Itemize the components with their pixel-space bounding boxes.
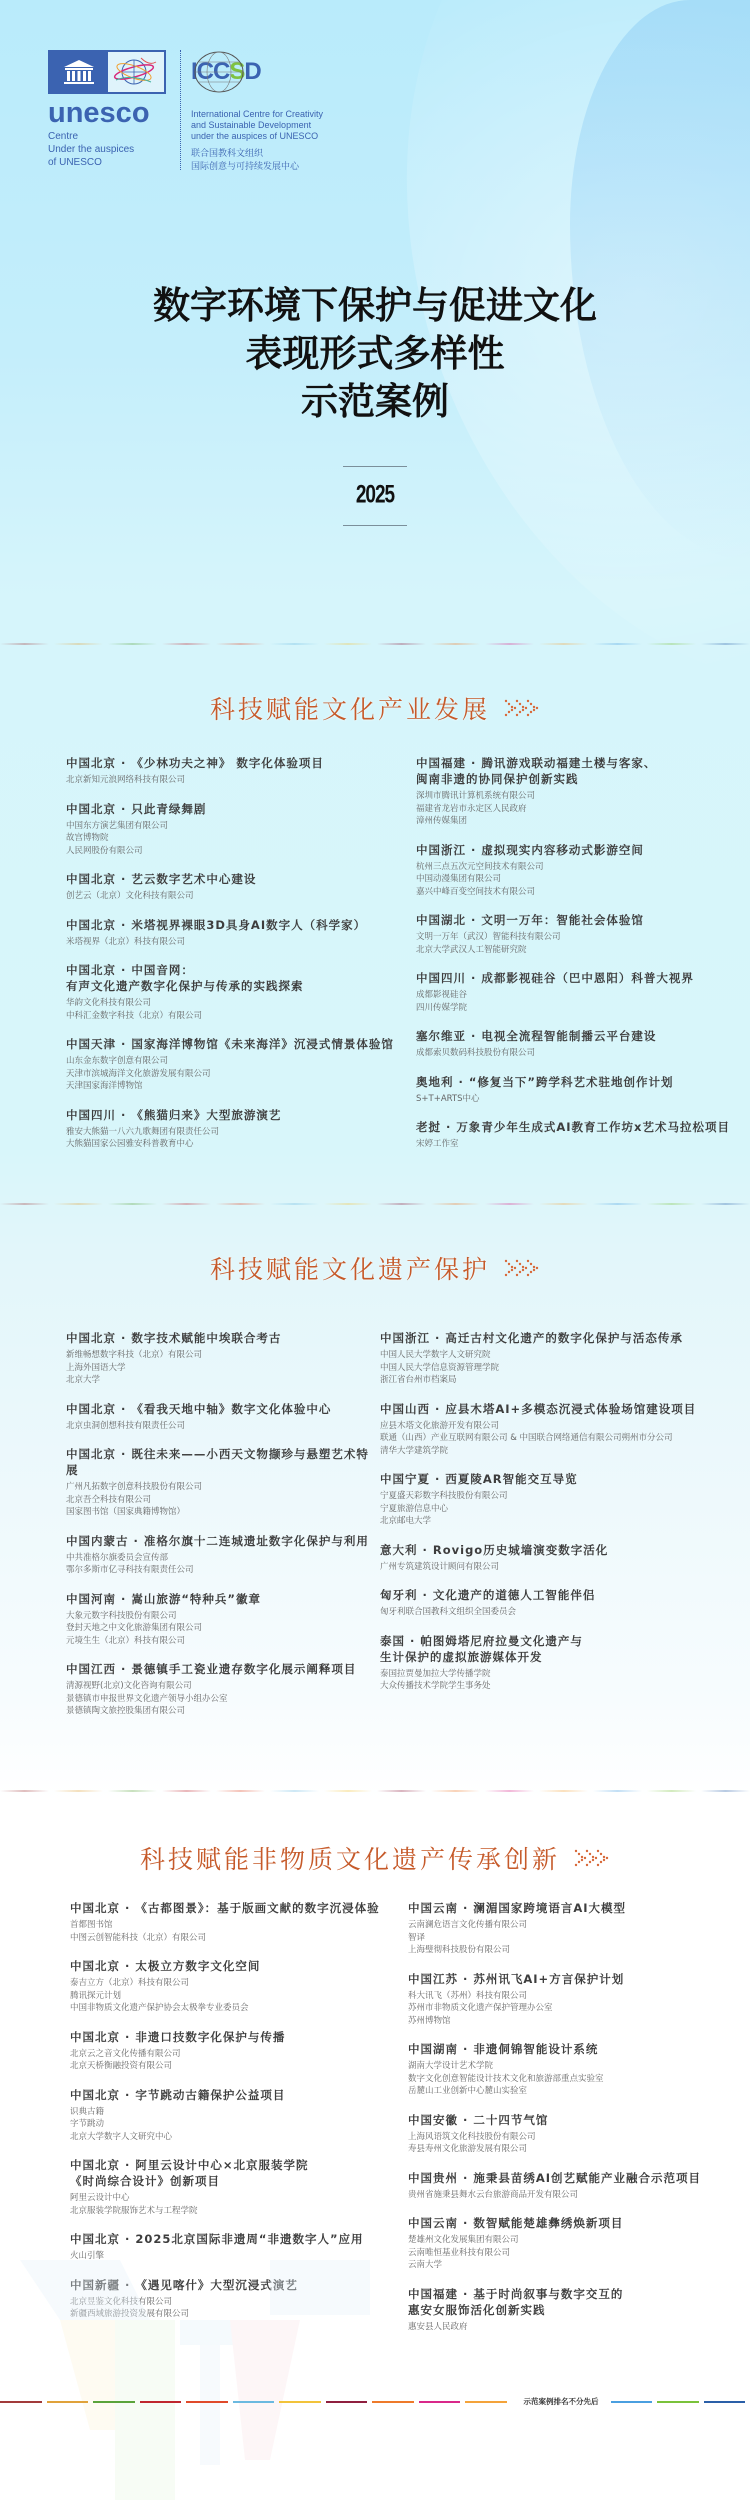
case-organizations: 广州凡拓数字创意科技股份有限公司北京吾仝科技有限公司国家图书馆（国家典籍博物馆） — [66, 1481, 376, 1519]
case-title: 中国安徽 · 二十四节气馆 — [408, 2112, 748, 2128]
title-line: 示范案例 — [0, 378, 750, 426]
dash-segment — [701, 1203, 750, 1205]
color-dash-divider — [0, 1790, 750, 1793]
case-organization: 山东金东数字创意有限公司 — [66, 1055, 396, 1068]
dash-segment — [701, 643, 750, 645]
case-organization: 大象元数字科技股份有限公司 — [66, 1610, 376, 1623]
dash-segment — [216, 1203, 265, 1205]
case-column-left: 中国北京 · 《古都图景》：基于版画文献的数字沉浸体验首都图书馆中图云创智能科技… — [70, 1900, 400, 2335]
dash-segment — [593, 643, 642, 645]
case-organization: 杭州三点五次元空间技术有限公司 — [416, 861, 746, 874]
case-organization: 湖南大学设计艺术学院 — [408, 2060, 748, 2073]
dash-segment — [419, 2401, 461, 2403]
case-organizations: 成都索贝数码科技股份有限公司 — [416, 1047, 746, 1060]
case-title: 中国福建 · 腾讯游戏联动福建土楼与客家、 — [416, 755, 746, 771]
case-organization: 北京大学武汉人工智能研究院 — [416, 944, 746, 957]
case-organization: 创艺云（北京）文化科技有限公司 — [66, 890, 396, 903]
iccsd-english-line: International Centre for Creativity — [191, 109, 341, 120]
case-organizations: 上海风语筑文化科技股份有限公司寿县寿州文化旅游发展有限公司 — [408, 2131, 748, 2156]
case-organizations: 匈牙利联合国教科文组织全国委员会 — [380, 1606, 750, 1619]
case-title: 塞尔维亚 · 电视全流程智能制播云平台建设 — [416, 1028, 746, 1044]
case-organization: 清源视野(北京)文化咨询有限公司 — [66, 1680, 376, 1693]
case-organization: 景德镇市申报世界文化遗产领导小组办公室 — [66, 1693, 376, 1706]
case-item: 中国安徽 · 二十四节气馆上海风语筑文化科技股份有限公司寿县寿州文化旅游发展有限… — [408, 2112, 748, 2156]
case-organization: 四川传媒学院 — [416, 1002, 746, 1015]
year-block: 2025 — [0, 466, 750, 526]
case-title: 中国北京 · 中国音网： — [66, 962, 396, 978]
case-item: 中国浙江 · 高迁古村文化遗产的数字化保护与活态传承中国人民大学数字人文研究院中… — [380, 1330, 750, 1387]
case-organization: S+T+ARTS中心 — [416, 1093, 746, 1106]
case-organization: 宁夏旅游信息中心 — [380, 1503, 750, 1516]
case-organization: 北京邮电大学 — [380, 1515, 750, 1528]
unesco-wordmark: unesco — [48, 98, 172, 128]
case-organization: 中科汇金数字科技（北京）有限公司 — [66, 1010, 396, 1023]
case-organization: 广州专筑建筑设计顾问有限公司 — [380, 1561, 750, 1574]
case-item: 中国天津 · 国家海洋博物馆《未来海洋》沉浸式情景体验馆山东金东数字创意有限公司… — [66, 1036, 396, 1093]
case-organization: 智译 — [408, 1932, 748, 1945]
case-organizations: 雅安大熊猫一八六九歌舞团有限责任公司大熊猫国家公园雅安科普教育中心 — [66, 1126, 396, 1151]
case-organization: 匈牙利联合国教科文组织全国委员会 — [380, 1606, 750, 1619]
case-item: 中国湖南 · 非遗侗锦智能设计系统湖南大学设计艺术学院数字文化创意智能设计技术文… — [408, 2041, 748, 2098]
case-organization: 天津市滨城海洋文化旅游发展有限公司 — [66, 1068, 396, 1081]
case-organization: 北京云之音文化传播有限公司 — [70, 2048, 400, 2061]
case-organizations: 云南澜危语言文化传播有限公司智译上海璧彻科技股份有限公司 — [408, 1919, 748, 1957]
case-organization: 文明一万年（武汉）智能科技有限公司 — [416, 931, 746, 944]
case-item: 意大利 · Rovigo历史城墙演变数字活化广州专筑建筑设计顾问有限公司 — [380, 1542, 750, 1574]
dash-segment — [0, 1203, 49, 1205]
case-item: 中国贵州 · 施秉县苗绣AI创艺赋能产业融合示范项目贵州省施秉县舞水云台旅游商品… — [408, 2170, 748, 2202]
unesco-subtitle-line: of UNESCO — [48, 156, 172, 169]
case-title: 中国北京 · 数字技术赋能中埃联合考古 — [66, 1330, 376, 1346]
logo-divider — [180, 50, 181, 170]
case-title: 中国云南 · 数智赋能楚雄彝绣焕新项目 — [408, 2215, 748, 2231]
dash-segment — [647, 1203, 696, 1205]
case-organization: 数字文化创意智能设计技术文化和旅游部重点实验室 — [408, 2073, 748, 2086]
case-item: 中国新疆 · 《遇见喀什》大型沉浸式演艺北京昱鉴文化科技有限公司新疆西域旅游投资… — [70, 2277, 400, 2321]
case-column-left: 中国北京 · 《少林功夫之神》 数字化体验项目北京新知元浪网络科技有限公司中国北… — [66, 755, 396, 1165]
case-organizations: 火山引擎 — [70, 2250, 400, 2263]
dash-segment — [108, 1203, 157, 1205]
case-organization: 北京虫洞创想科技有限责任公司 — [66, 1420, 376, 1433]
dash-segment — [485, 1790, 534, 1792]
dash-segment — [270, 1203, 319, 1205]
section-header: 科技赋能文化遗产保护 — [0, 1250, 750, 1286]
case-organization: 中国人民大学信息资源管理学院 — [380, 1362, 750, 1375]
unesco-emblem — [48, 50, 166, 94]
case-title: 中国山西 · 应县木塔AI+多模态沉浸式体验场馆建设项目 — [380, 1401, 750, 1417]
case-organization: 腾讯探元计划 — [70, 1990, 400, 2003]
dash-segment — [0, 1790, 49, 1792]
case-organization: 中国动漫集团有限公司 — [416, 873, 746, 886]
dash-segment — [539, 643, 588, 645]
dash-segment — [108, 1790, 157, 1792]
case-item: 中国北京 · 非遗口技数字化保护与传播北京云之音文化传播有限公司北京天桥衡融投资… — [70, 2029, 400, 2073]
dash-segment — [216, 1790, 265, 1792]
case-title: 中国北京 · 《看我天地中轴》数字文化体验中心 — [66, 1401, 376, 1417]
case-organization: 云南澜危语言文化传播有限公司 — [408, 1919, 748, 1932]
footer-band: 示范案例排名不分先后 — [0, 2396, 750, 2407]
dash-segment — [324, 643, 373, 645]
case-organization: 中图云创智能科技（北京）有限公司 — [70, 1932, 400, 1945]
case-title: 中国北京 · 阿里云设计中心×北京服装学院 — [70, 2157, 400, 2173]
iccsd-english-line: under the auspices of UNESCO — [191, 131, 341, 142]
dash-segment — [539, 1790, 588, 1792]
section-title: 科技赋能文化产业发展 — [210, 690, 490, 726]
case-item: 中国北京 · 2025北京国际非遗周“非遗数字人”应用火山引擎 — [70, 2231, 400, 2263]
case-organization: 阿里云设计中心 — [70, 2192, 400, 2205]
dash-segment — [326, 2401, 368, 2403]
case-title: 中国宁夏 · 西夏陵AR智能交互导览 — [380, 1471, 750, 1487]
case-title: 中国河南 · 嵩山旅游“特种兵”徽章 — [66, 1591, 376, 1607]
case-title: 泰国 · 帕图姆塔尼府拉曼文化遗产与 — [380, 1633, 750, 1649]
dash-segment — [0, 643, 49, 645]
case-title: 中国北京 · 字节跳动古籍保护公益项目 — [70, 2087, 400, 2103]
case-item: 中国北京 · 中国音网：有声文化遗产数字化保护与传承的实践探索华韵文化科技有限公… — [66, 962, 396, 1022]
case-organizations: 楚雄州文化发展集团有限公司云南唯恒基业科技有限公司云南大学 — [408, 2234, 748, 2272]
dash-segment — [593, 1790, 642, 1792]
case-item: 中国浙江 · 虚拟现实内容移动式影游空间杭州三点五次元空间技术有限公司中国动漫集… — [416, 842, 746, 899]
case-item: 中国河南 · 嵩山旅游“特种兵”徽章大象元数字科技股份有限公司登封天地之中文化旅… — [66, 1591, 376, 1648]
title-line: 数字环境下保护与促进文化 — [0, 282, 750, 330]
dash-segment — [377, 1790, 426, 1792]
case-organizations: 华韵文化科技有限公司中科汇金数字科技（北京）有限公司 — [66, 997, 396, 1022]
case-organizations: 山东金东数字创意有限公司天津市滨城海洋文化旅游发展有限公司天津国家海洋博物馆 — [66, 1055, 396, 1093]
dash-segment — [647, 1790, 696, 1792]
dash-segment — [431, 1790, 480, 1792]
case-organization: 上海风语筑文化科技股份有限公司 — [408, 2131, 748, 2144]
case-organization: 苏州博物馆 — [408, 2015, 748, 2028]
case-item: 中国福建 · 基于时尚叙事与数字交互的惠安女服饰活化创新实践惠安县人民政府 — [408, 2286, 748, 2334]
dash-segment — [47, 2401, 89, 2403]
case-title: 中国贵州 · 施秉县苗绣AI创艺赋能产业融合示范项目 — [408, 2170, 748, 2186]
case-title: 中国四川 · 《熊猫归来》大型旅游演艺 — [66, 1107, 396, 1123]
dash-segment — [162, 1203, 211, 1205]
case-column-left: 中国北京 · 数字技术赋能中埃联合考古新维畅想数字科技（北京）有限公司上海外国语… — [66, 1330, 376, 1732]
case-item: 中国江苏 · 苏州讯飞AI+方言保护计划科大讯飞（苏州）科技有限公司苏州市非物质… — [408, 1971, 748, 2028]
case-title: 中国天津 · 国家海洋博物馆《未来海洋》沉浸式情景体验馆 — [66, 1036, 396, 1052]
case-title: 奥地利 · “修复当下”跨学科艺术驻地创作计划 — [416, 1074, 746, 1090]
dash-segment — [233, 2401, 275, 2403]
case-item: 中国福建 · 腾讯游戏联动福建土楼与客家、闽南非遗的协同保护创新实践深圳市腾讯计… — [416, 755, 746, 828]
case-organization: 岳麓山工业创新中心麓山实验室 — [408, 2085, 748, 2098]
case-item: 匈牙利 · 文化遗产的道德人工智能伴侣匈牙利联合国教科文组织全国委员会 — [380, 1587, 750, 1619]
case-organizations: 文明一万年（武汉）智能科技有限公司北京大学武汉人工智能研究院 — [416, 931, 746, 956]
case-item: 中国北京 · 艺云数字艺术中心建设创艺云（北京）文化科技有限公司 — [66, 871, 396, 903]
dash-segment — [377, 643, 426, 645]
case-organization: 景德镇陶文旅控股集团有限公司 — [66, 1705, 376, 1718]
case-item: 中国云南 · 澜湄国家跨境语言AI大模型云南澜危语言文化传播有限公司智译上海璧彻… — [408, 1900, 748, 1957]
dash-segment — [186, 2401, 228, 2403]
case-organization: 中国人民大学数字人文研究院 — [380, 1349, 750, 1362]
case-title: 中国北京 · 2025北京国际非遗周“非遗数字人”应用 — [70, 2231, 400, 2247]
chevron-right-icon — [574, 1849, 610, 1867]
year-label: 2025 — [356, 482, 394, 511]
case-organizations: 宋婷工作室 — [416, 1138, 746, 1151]
case-organizations: 深圳市腾讯计算机系统有限公司福建省龙岩市永定区人民政府漳州传媒集团 — [416, 790, 746, 828]
case-organization: 北京吾仝科技有限公司 — [66, 1494, 376, 1507]
case-organization: 故宫博物院 — [66, 832, 396, 845]
case-organization: 火山引擎 — [70, 2250, 400, 2263]
iccsd-english-name: International Centre for Creativity and … — [191, 109, 341, 142]
unesco-subtitle-line: Under the auspices — [48, 143, 172, 156]
case-organizations: 杭州三点五次元空间技术有限公司中国动漫集团有限公司嘉兴中峰百变空间技术有限公司 — [416, 861, 746, 899]
case-organizations: 大象元数字科技股份有限公司登封天地之中文化旅游集团有限公司元境生生（北京）科技有… — [66, 1610, 376, 1648]
case-title: 中国浙江 · 高迁古村文化遗产的数字化保护与活态传承 — [380, 1330, 750, 1346]
case-title: 中国云南 · 澜湄国家跨境语言AI大模型 — [408, 1900, 748, 1916]
case-organization: 北京天桥衡融投资有限公司 — [70, 2060, 400, 2073]
case-organization: 贵州省施秉县舞水云台旅游商品开发有限公司 — [408, 2189, 748, 2202]
case-organization: 北京新知元浪网络科技有限公司 — [66, 774, 396, 787]
case-title: 中国北京 · 《少林功夫之神》 数字化体验项目 — [66, 755, 396, 771]
case-item: 中国北京 · 阿里云设计中心×北京服装学院《时尚综合设计》创新项目阿里云设计中心… — [70, 2157, 400, 2217]
case-organization: 人民网股份有限公司 — [66, 845, 396, 858]
case-item: 中国北京 · 太极立方数字文化空间泰吉立方（北京）科技有限公司腾讯探元计划中国非… — [70, 1958, 400, 2015]
case-organizations: 科大讯飞（苏州）科技有限公司苏州市非物质文化遗产保护管理办公室苏州博物馆 — [408, 1990, 748, 2028]
dash-segment — [539, 1203, 588, 1205]
case-organizations: 北京虫洞创想科技有限责任公司 — [66, 1420, 376, 1433]
unesco-logo: unesco Centre Under the auspices of UNES… — [48, 50, 172, 169]
case-item: 中国北京 · 既往未来——小西天文物撷珍与悬塑艺术特展广州凡拓数字创意科技股份有… — [66, 1446, 376, 1519]
case-organization: 新维畅想数字科技（北京）有限公司 — [66, 1349, 376, 1362]
case-organizations: 北京昱鉴文化科技有限公司新疆西域旅游投资发展有限公司 — [70, 2296, 400, 2321]
case-organization: 新疆西域旅游投资发展有限公司 — [70, 2308, 400, 2321]
dash-segment — [108, 643, 157, 645]
case-title: 中国北京 · 米塔视界裸眼3D具身AI数字人（科学家） — [66, 917, 396, 933]
page-title: 数字环境下保护与促进文化 表现形式多样性 示范案例 — [0, 282, 750, 426]
case-organization: 上海外国语大学 — [66, 1362, 376, 1375]
case-title: 生计保护的虚拟旅游媒体开发 — [380, 1649, 750, 1665]
dash-segment — [485, 1203, 534, 1205]
chevron-right-icon — [504, 699, 540, 717]
case-title: 中国福建 · 基于时尚叙事与数字交互的 — [408, 2286, 748, 2302]
case-title: 惠安女服饰活化创新实践 — [408, 2302, 748, 2318]
case-organization: 国家图书馆（国家典籍博物馆） — [66, 1506, 376, 1519]
case-organizations: 识典古籍字节跳动北京大学数字人文研究中心 — [70, 2106, 400, 2144]
case-item: 中国内蒙古 · 准格尔旗十二连城遗址数字化保护与利用中共准格尔旗委员会宣传部鄂尔… — [66, 1533, 376, 1577]
case-organization: 北京大学数字人文研究中心 — [70, 2131, 400, 2144]
case-organization: 云南唯恒基业科技有限公司 — [408, 2247, 748, 2260]
case-organizations: 成都影视硅谷四川传媒学院 — [416, 989, 746, 1014]
case-organizations: S+T+ARTS中心 — [416, 1093, 746, 1106]
case-organization: 嘉兴中峰百变空间技术有限公司 — [416, 886, 746, 899]
case-title: 中国江苏 · 苏州讯飞AI+方言保护计划 — [408, 1971, 748, 1987]
dash-segment — [611, 2401, 653, 2403]
case-item: 泰国 · 帕图姆塔尼府拉曼文化遗产与生计保护的虚拟旅游媒体开发泰国拉贾曼加拉大学… — [380, 1633, 750, 1693]
unesco-subtitle-line: Centre — [48, 130, 172, 143]
case-title: 中国四川 · 成都影视硅谷（巴中恩阳）科普大视界 — [416, 970, 746, 986]
case-organizations: 阿里云设计中心北京服装学院服饰艺术与工程学院 — [70, 2192, 400, 2217]
case-organization: 中国非物质文化遗产保护协会太极拳专业委员会 — [70, 2002, 400, 2015]
case-organization: 楚雄州文化发展集团有限公司 — [408, 2234, 748, 2247]
dash-segment — [324, 1790, 373, 1792]
case-item: 中国北京 · 字节跳动古籍保护公益项目识典古籍字节跳动北京大学数字人文研究中心 — [70, 2087, 400, 2144]
dash-segment — [657, 2401, 699, 2403]
dash-segment — [701, 1790, 750, 1792]
case-title: 中国北京 · 太极立方数字文化空间 — [70, 1958, 400, 1974]
case-column-right: 中国福建 · 腾讯游戏联动福建土楼与客家、闽南非遗的协同保护创新实践深圳市腾讯计… — [416, 755, 746, 1165]
case-organizations: 北京云之音文化传播有限公司北京天桥衡融投资有限公司 — [70, 2048, 400, 2073]
case-organization: 北京大学 — [66, 1374, 376, 1387]
section-header: 科技赋能非物质文化遗产传承创新 — [0, 1840, 750, 1876]
case-organizations: 惠安县人民政府 — [408, 2321, 748, 2334]
case-organization: 应县木塔文化旅游开发有限公司 — [380, 1420, 750, 1433]
dash-segment — [465, 2401, 507, 2403]
case-organizations: 创艺云（北京）文化科技有限公司 — [66, 890, 396, 903]
temple-icon — [50, 52, 108, 92]
case-organizations: 米塔视界（北京）科技有限公司 — [66, 936, 396, 949]
case-organization: 寿县寿州文化旅游发展有限公司 — [408, 2143, 748, 2156]
case-organization: 清华大学建筑学院 — [380, 1445, 750, 1458]
case-item: 中国云南 · 数智赋能楚雄彝绣焕新项目楚雄州文化发展集团有限公司云南唯恒基业科技… — [408, 2215, 748, 2272]
dash-segment — [377, 1203, 426, 1205]
poster-page: unesco Centre Under the auspices of UNES… — [0, 0, 750, 2512]
case-organization: 泰吉立方（北京）科技有限公司 — [70, 1977, 400, 1990]
case-organizations: 中国人民大学数字人文研究院中国人民大学信息资源管理学院浙江省台州市档案局 — [380, 1349, 750, 1387]
case-organization: 苏州市非物质文化遗产保护管理办公室 — [408, 2002, 748, 2015]
color-dash-divider — [0, 1203, 750, 1206]
case-organization: 浙江省台州市档案局 — [380, 1374, 750, 1387]
case-organization: 字节跳动 — [70, 2118, 400, 2131]
globe-icon — [108, 52, 164, 92]
dash-segment — [0, 2401, 42, 2403]
iccsd-mark: ICCSD — [191, 50, 341, 94]
section-title: 科技赋能文化遗产保护 — [210, 1250, 490, 1286]
case-item: 中国北京 · 数字技术赋能中埃联合考古新维畅想数字科技（北京）有限公司上海外国语… — [66, 1330, 376, 1387]
case-item: 老挝 · 万象青少年生成式AI教育工作坊x艺术马拉松项目宋婷工作室 — [416, 1119, 746, 1151]
dash-segment — [270, 643, 319, 645]
case-organization: 宋婷工作室 — [416, 1138, 746, 1151]
case-organizations: 新维畅想数字科技（北京）有限公司上海外国语大学北京大学 — [66, 1349, 376, 1387]
title-line: 表现形式多样性 — [0, 330, 750, 378]
case-item: 中国北京 · 只此青绿舞剧中国东方演艺集团有限公司故宫博物院人民网股份有限公司 — [66, 801, 396, 858]
case-organization: 识典古籍 — [70, 2106, 400, 2119]
case-item: 中国北京 · 《少林功夫之神》 数字化体验项目北京新知元浪网络科技有限公司 — [66, 755, 396, 787]
case-organizations: 清源视野(北京)文化咨询有限公司景德镇市申报世界文化遗产领导小组办公室景德镇陶文… — [66, 1680, 376, 1718]
case-column-right: 中国浙江 · 高迁古村文化遗产的数字化保护与活态传承中国人民大学数字人文研究院中… — [380, 1330, 750, 1707]
case-organizations: 北京新知元浪网络科技有限公司 — [66, 774, 396, 787]
dash-segment — [54, 643, 103, 645]
case-organizations: 泰国拉贾曼加拉大学传播学院大众传播技术学院学生事务处 — [380, 1668, 750, 1693]
case-organization: 联通（山西）产业互联网有限公司 & 中国联合网络通信有限公司朔州市分公司 — [380, 1432, 750, 1445]
case-organizations: 中国东方演艺集团有限公司故宫博物院人民网股份有限公司 — [66, 820, 396, 858]
case-organization: 北京昱鉴文化科技有限公司 — [70, 2296, 400, 2309]
case-organization: 上海璧彻科技股份有限公司 — [408, 1944, 748, 1957]
case-organization: 米塔视界（北京）科技有限公司 — [66, 936, 396, 949]
case-organization: 鄂尔多斯市亿寻科技有限责任公司 — [66, 1564, 376, 1577]
case-title: 中国北京 · 艺云数字艺术中心建设 — [66, 871, 396, 887]
case-organization: 北京服装学院服饰艺术与工程学院 — [70, 2205, 400, 2218]
case-organization: 惠安县人民政府 — [408, 2321, 748, 2334]
case-item: 奥地利 · “修复当下”跨学科艺术驻地创作计划S+T+ARTS中心 — [416, 1074, 746, 1106]
case-organization: 云南大学 — [408, 2259, 748, 2272]
case-organization: 泰国拉贾曼加拉大学传播学院 — [380, 1668, 750, 1681]
footer-note: 示范案例排名不分先后 — [524, 2396, 599, 2407]
dash-segment — [647, 643, 696, 645]
dash-segment — [324, 1203, 373, 1205]
case-item: 中国湖北 · 文明一万年：智能社会体验馆文明一万年（武汉）智能科技有限公司北京大… — [416, 912, 746, 956]
case-organizations: 广州专筑建筑设计顾问有限公司 — [380, 1561, 750, 1574]
case-item: 中国山西 · 应县木塔AI+多模态沉浸式体验场馆建设项目应县木塔文化旅游开发有限… — [380, 1401, 750, 1458]
dash-segment — [162, 643, 211, 645]
section-header: 科技赋能文化产业发展 — [0, 690, 750, 726]
case-title: 匈牙利 · 文化遗产的道德人工智能伴侣 — [380, 1587, 750, 1603]
dash-segment — [593, 1203, 642, 1205]
case-title: 中国新疆 · 《遇见喀什》大型沉浸式演艺 — [70, 2277, 400, 2293]
divider — [343, 525, 407, 526]
iccsd-logo: ICCSD International Centre for Creativit… — [191, 50, 341, 174]
dash-segment — [54, 1790, 103, 1792]
case-title: 中国内蒙古 · 准格尔旗十二连城遗址数字化保护与利用 — [66, 1533, 376, 1549]
case-organization: 深圳市腾讯计算机系统有限公司 — [416, 790, 746, 803]
iccsd-chinese-line: 国际创意与可持续发展中心 — [191, 161, 341, 174]
case-title: 中国湖南 · 非遗侗锦智能设计系统 — [408, 2041, 748, 2057]
case-organizations: 湖南大学设计艺术学院数字文化创意智能设计技术文化和旅游部重点实验室岳麓山工业创新… — [408, 2060, 748, 2098]
dash-segment — [485, 643, 534, 645]
dash-segment — [93, 2401, 135, 2403]
case-title: 老挝 · 万象青少年生成式AI教育工作坊x艺术马拉松项目 — [416, 1119, 746, 1135]
case-organization: 漳州传媒集团 — [416, 815, 746, 828]
dash-segment — [270, 1790, 319, 1792]
case-organization: 中共准格尔旗委员会宣传部 — [66, 1552, 376, 1565]
case-title: 中国北京 · 既往未来——小西天文物撷珍与悬塑艺术特展 — [66, 1446, 376, 1478]
unesco-subtitle: Centre Under the auspices of UNESCO — [48, 130, 172, 169]
case-organizations: 中共准格尔旗委员会宣传部鄂尔多斯市亿寻科技有限责任公司 — [66, 1552, 376, 1577]
case-organizations: 贵州省施秉县舞水云台旅游商品开发有限公司 — [408, 2189, 748, 2202]
iccsd-chinese-line: 联合国教科文组织 — [191, 148, 341, 161]
case-title: 中国北京 · 非遗口技数字化保护与传播 — [70, 2029, 400, 2045]
case-item: 中国四川 · 《熊猫归来》大型旅游演艺雅安大熊猫一八六九歌舞团有限责任公司大熊猫… — [66, 1107, 396, 1151]
section-title: 科技赋能非物质文化遗产传承创新 — [140, 1840, 560, 1876]
case-title: 中国浙江 · 虚拟现实内容移动式影游空间 — [416, 842, 746, 858]
globe-outline-icon — [187, 50, 251, 94]
case-title: 中国北京 · 只此青绿舞剧 — [66, 801, 396, 817]
case-organization: 大熊猫国家公园雅安科普教育中心 — [66, 1138, 396, 1151]
case-organization: 华韵文化科技有限公司 — [66, 997, 396, 1010]
case-organizations: 首都图书馆中图云创智能科技（北京）有限公司 — [70, 1919, 400, 1944]
case-title: 意大利 · Rovigo历史城墙演变数字活化 — [380, 1542, 750, 1558]
case-organization: 成都影视硅谷 — [416, 989, 746, 1002]
dash-segment — [704, 2401, 746, 2403]
case-item: 中国江西 · 景德镇手工瓷业遗存数字化展示阐释项目清源视野(北京)文化咨询有限公… — [66, 1661, 376, 1718]
case-title: 中国湖北 · 文明一万年：智能社会体验馆 — [416, 912, 746, 928]
dash-segment — [431, 1203, 480, 1205]
iccsd-english-line: and Sustainable Development — [191, 120, 341, 131]
header-logos: unesco Centre Under the auspices of UNES… — [48, 50, 341, 174]
case-item: 中国宁夏 · 西夏陵AR智能交互导览宁夏盛天彩数字科技股份有限公司宁夏旅游信息中… — [380, 1471, 750, 1528]
chevron-right-icon — [504, 1259, 540, 1277]
case-organization: 广州凡拓数字创意科技股份有限公司 — [66, 1481, 376, 1494]
case-item: 中国北京 · 《古都图景》：基于版画文献的数字沉浸体验首都图书馆中图云创智能科技… — [70, 1900, 400, 1944]
case-item: 中国北京 · 《看我天地中轴》数字文化体验中心北京虫洞创想科技有限责任公司 — [66, 1401, 376, 1433]
case-organization: 天津国家海洋博物馆 — [66, 1080, 396, 1093]
case-column-right: 中国云南 · 澜湄国家跨境语言AI大模型云南澜危语言文化传播有限公司智译上海璧彻… — [408, 1900, 748, 2347]
case-title: 闽南非遗的协同保护创新实践 — [416, 771, 746, 787]
case-organization: 登封天地之中文化旅游集团有限公司 — [66, 1622, 376, 1635]
dash-segment — [140, 2401, 182, 2403]
case-title: 有声文化遗产数字化保护与传承的实践探索 — [66, 978, 396, 994]
dash-segment — [431, 643, 480, 645]
case-title: 中国江西 · 景德镇手工瓷业遗存数字化展示阐释项目 — [66, 1661, 376, 1677]
dash-segment — [216, 643, 265, 645]
case-organization: 成都索贝数码科技股份有限公司 — [416, 1047, 746, 1060]
case-organization: 科大讯飞（苏州）科技有限公司 — [408, 1990, 748, 2003]
dash-segment — [54, 1203, 103, 1205]
case-item: 塞尔维亚 · 电视全流程智能制播云平台建设成都索贝数码科技股份有限公司 — [416, 1028, 746, 1060]
dash-segment — [279, 2401, 321, 2403]
case-item: 中国四川 · 成都影视硅谷（巴中恩阳）科普大视界成都影视硅谷四川传媒学院 — [416, 970, 746, 1014]
case-organization: 福建省龙岩市永定区人民政府 — [416, 803, 746, 816]
case-organizations: 宁夏盛天彩数字科技股份有限公司宁夏旅游信息中心北京邮电大学 — [380, 1490, 750, 1528]
